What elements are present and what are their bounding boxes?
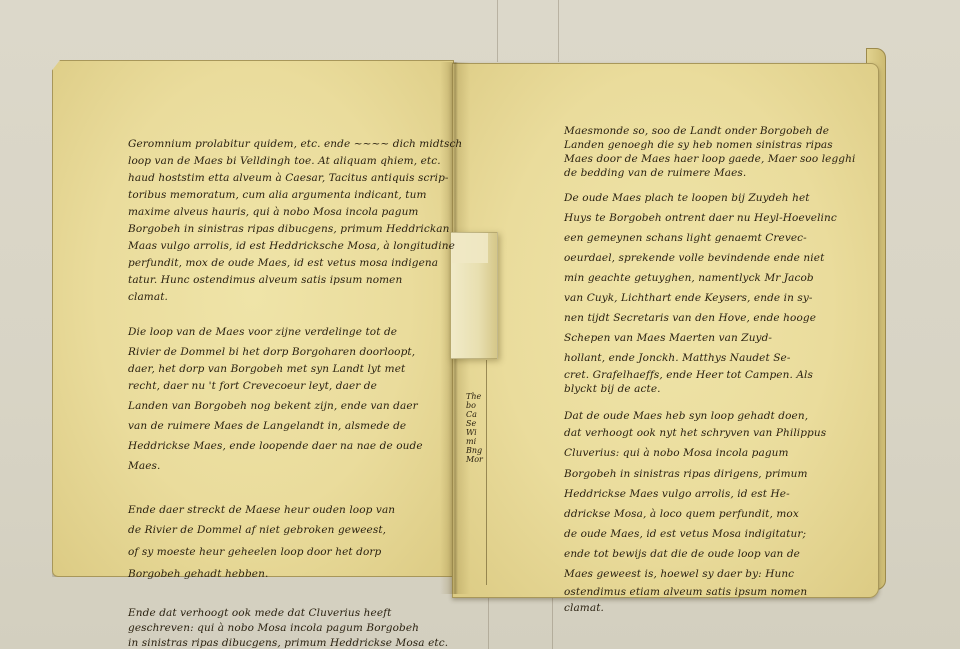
text-line: De oude Maes plach te loopen bij Zuydeh … [564,188,849,208]
text-line: in sinistras ripas dibucgens, primum Hed… [128,636,453,649]
text-line: loop van de Maes bi Velldingh toe. At al… [128,153,453,170]
right-page-text: Maesmonde so, soo de Landt onder Borgobe… [564,124,849,616]
paragraph: Ende dat verhoogt ook mede dat Cluverius… [128,606,453,649]
text-line: Cluverius: qui à nobo Mosa incola pagum [564,442,849,464]
text-line: maxime alveus hauris, qui à nobo Mosa in… [128,204,453,221]
margin-note-line: The [466,392,488,401]
text-line: clamat. [128,289,453,306]
paragraph: Die loop van de Maes voor zijne verdelin… [128,322,453,476]
text-line: blyckt bij de acte. [564,382,849,396]
text-line: ostendimus etiam alveum satis ipsum nome… [564,584,849,600]
margin-note-line: bo [466,401,488,410]
text-line: de bedding van de ruimere Maes. [564,166,849,180]
text-line: Landen van Borgobeh nog bekent zijn, end… [128,396,453,416]
background-grid-line [488,598,489,649]
margin-note-line: Se [466,419,488,428]
margin-note-line: Mor [466,455,488,464]
text-line: Landen genoegh die sy heb nomen sinistra… [564,138,849,152]
text-line: Borgobeh gehadt hebben. [128,564,453,584]
text-line: Ende dat verhoogt ook mede dat Cluverius… [128,606,453,621]
text-line: Maes. [128,456,453,476]
text-line: dat verhoogt ook nyt het schryven van Ph… [564,425,849,442]
text-line: nen tijdt Secretaris van den Hove, ende … [564,308,849,328]
text-line: tatur. Hunc ostendimus alveum satis ipsu… [128,272,453,289]
text-line: geschreven: qui à nobo Mosa incola pagum… [128,621,453,636]
text-line: de oude Maes, id est vetus Mosa indigita… [564,524,849,544]
text-line: Heddrickse Maes vulgo arrolis, id est He… [564,484,849,504]
binding-tape-overlap [452,233,488,263]
text-line: Borgobeh in sinistras ripas dirigens, pr… [564,464,849,484]
text-line: of sy moeste heur geheelen loop door het… [128,540,453,564]
text-line: een gemeynen schans light genaemt Crevec… [564,228,849,248]
margin-note-line: Wi [466,428,488,437]
text-line: Dat de oude Maes heb syn loop gehadt doe… [564,408,849,425]
text-line: Huys te Borgobeh ontrent daer nu Heyl-Ho… [564,208,849,228]
text-line: oeurdael, sprekende volle bevindende end… [564,248,849,268]
margin-note-line: mi [466,437,488,446]
text-line: Maesmonde so, soo de Landt onder Borgobe… [564,124,849,138]
text-line: ende tot bewijs dat die de oude loop van… [564,544,849,564]
text-line: hollant, ende Jonckh. Matthys Naudet Se- [564,348,849,368]
text-line: daer, het dorp van Borgobeh met syn Land… [128,362,453,376]
background-grid-line [558,0,559,62]
text-line: Maes geweest is, hoewel sy daer by: Hunc [564,564,849,584]
text-line: Maas vulgo arrolis, id est Heddricksche … [128,238,453,255]
paragraph: Maesmonde so, soo de Landt onder Borgobe… [564,124,849,180]
text-line: cret. Grafelhaeffs, ende Heer tot Campen… [564,368,849,382]
margin-note-line: Bng [466,446,488,455]
margin-note-line: Ca [466,410,488,419]
text-line: Rivier de Dommel bi het dorp Borgoharen … [128,342,453,362]
text-line: Maes door de Maes haer loop gaede, Maer … [564,152,849,166]
paragraph: Geromnium prolabitur quidem, etc. ende ~… [128,136,453,306]
text-line: de Rivier de Dommel af niet gebroken gew… [128,520,453,540]
text-line: min geachte getuyghen, namentlyck Mr Jac… [564,268,849,288]
paragraph: Dat de oude Maes heb syn loop gehadt doe… [564,408,849,616]
text-line: perfundit, mox de oude Maes, id est vetu… [128,255,453,272]
text-line: van Cuyk, Lichthart ende Keysers, ende i… [564,288,849,308]
text-line: Borgobeh in sinistras ripas dibucgens, p… [128,221,453,238]
text-line: recht, daer nu 't fort Crevecoeur leyt, … [128,376,453,396]
left-page-text: Geromnium prolabitur quidem, etc. ende ~… [128,136,453,649]
text-line: clamat. [564,600,849,616]
paragraph: Ende daer streckt de Maese heur ouden lo… [128,500,453,584]
text-line: haud hoststim etta alveum à Caesar, Taci… [128,170,453,187]
background-grid-line [552,598,553,649]
text-line: Heddrickse Maes, ende loopende daer na n… [128,436,453,456]
text-line: Die loop van de Maes voor zijne verdelin… [128,322,453,342]
text-line: Ende daer streckt de Maese heur ouden lo… [128,500,453,520]
background-grid-line [497,0,498,62]
text-line: Geromnium prolabitur quidem, etc. ende ~… [128,136,453,153]
text-line: Schepen van Maes Maerten van Zuyd- [564,328,849,348]
text-line: toribus memoratum, cum alia argumenta in… [128,187,453,204]
paragraph: De oude Maes plach te loopen bij Zuydeh … [564,188,849,396]
margin-note: The bo Ca Se Wi mi Bng Mor [466,392,488,464]
text-line: ddrickse Mosa, à loco quem perfundit, mo… [564,504,849,524]
text-line: van de ruimere Maes de Langelandt in, al… [128,416,453,436]
